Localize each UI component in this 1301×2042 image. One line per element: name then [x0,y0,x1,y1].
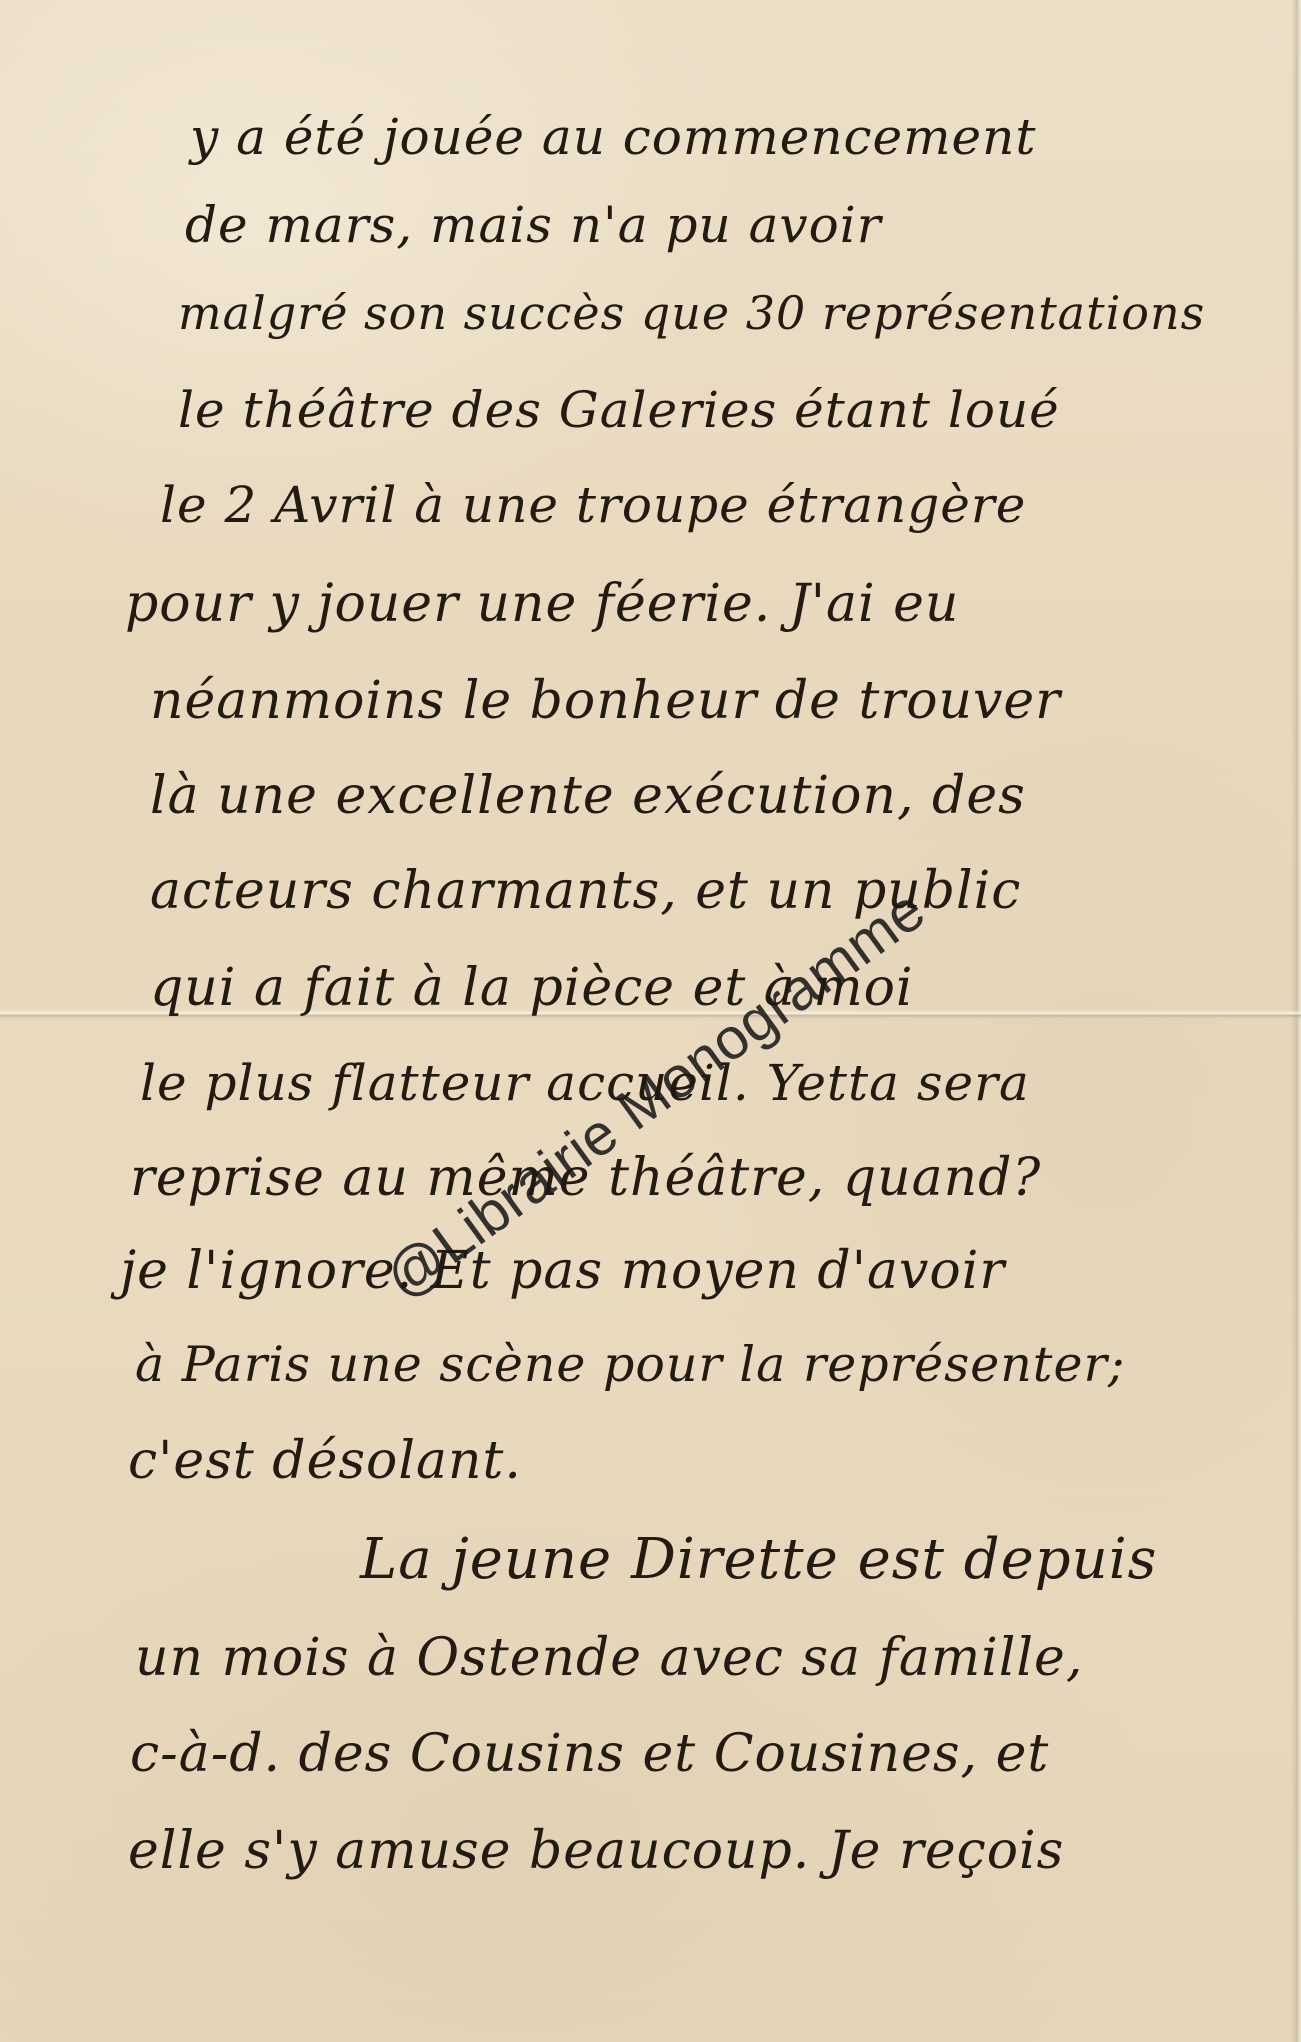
handwritten-line: je l'ignore. Et pas moyen d'avoir [120,1245,1005,1297]
handwritten-line: malgré son succès que 30 représentations [178,290,1205,336]
letter-page: y a été jouée au commencementde mars, ma… [0,0,1301,2042]
handwritten-line: un mois à Ostende avec sa famille, [135,1632,1083,1684]
handwritten-line: néanmoins le bonheur de trouver [150,675,1061,727]
handwritten-line: de mars, mais n'a pu avoir [185,200,882,250]
handwritten-line: c-à-d. des Cousins et Cousines, et [130,1728,1049,1780]
handwritten-line: à Paris une scène pour la représenter; [135,1340,1125,1389]
handwritten-line: y a été jouée au commencement [190,112,1036,162]
handwritten-line: c'est désolant. [128,1435,522,1487]
handwritten-line: La jeune Dirette est depuis [360,1532,1157,1588]
handwritten-line: le 2 Avril à une troupe étrangère [160,480,1026,530]
handwritten-line: là une excellente exécution, des [150,770,1026,822]
handwritten-line: elle s'y amuse beaucoup. Je reçois [128,1825,1064,1877]
handwritten-line: pour y jouer une féerie. J'ai eu [125,578,959,630]
paper-edge [1291,0,1301,2042]
handwritten-line: le théâtre des Galeries étant loué [178,385,1060,435]
handwritten-line: le plus flatteur accueil. Yetta sera [140,1058,1030,1108]
